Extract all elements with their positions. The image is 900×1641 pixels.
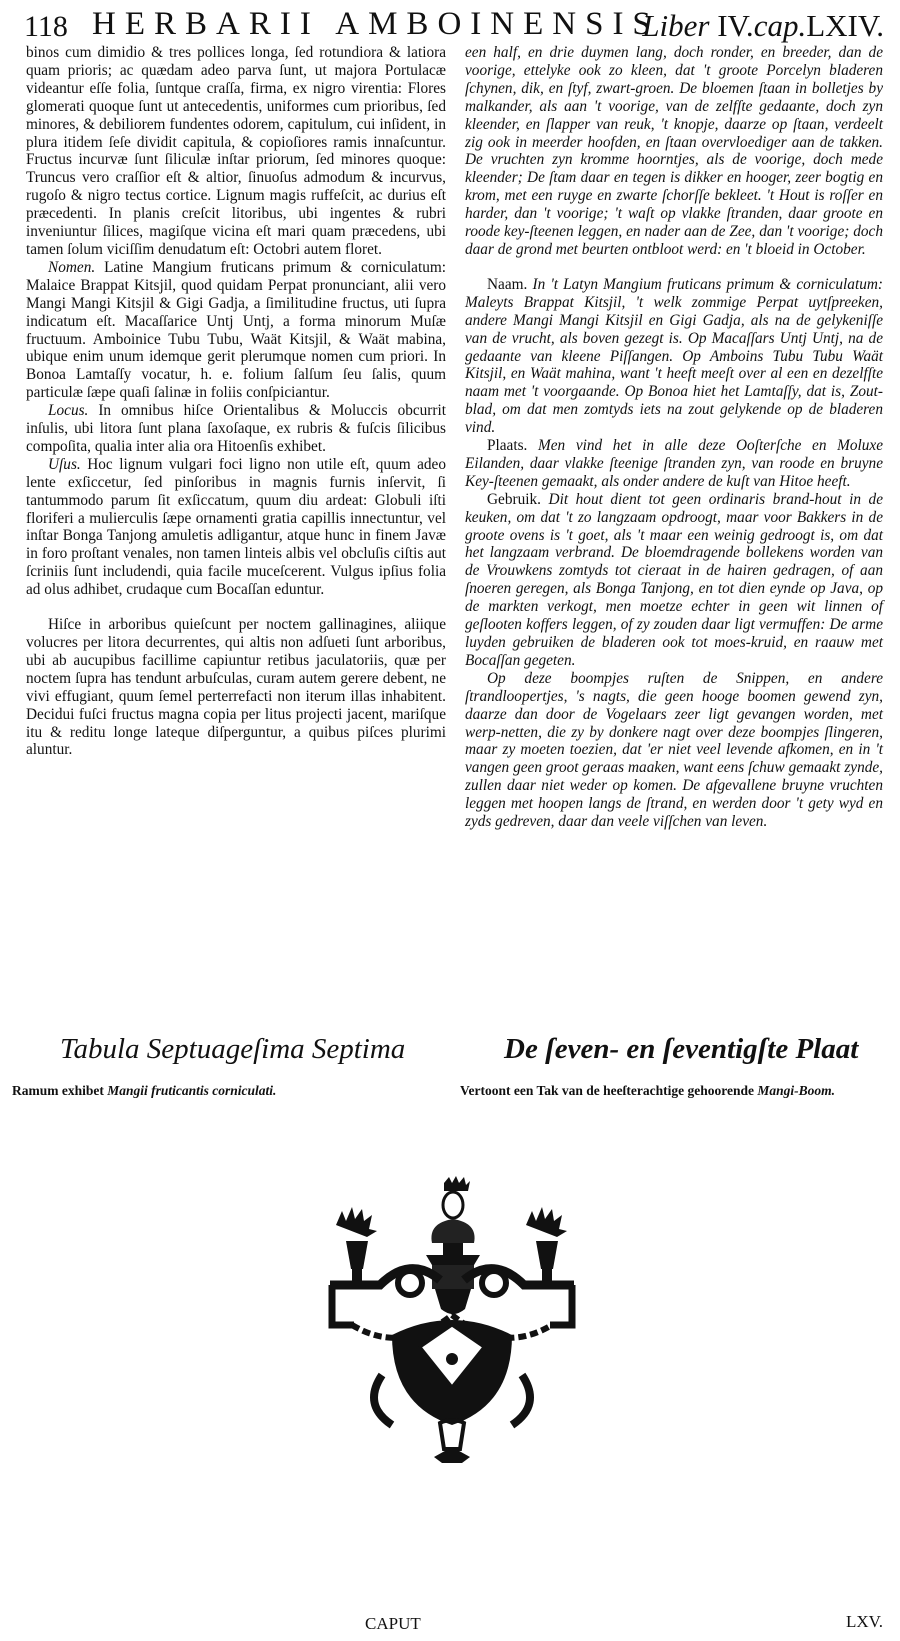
running-header: 118 HERBARII AMBOINENSIS Liber IV.cap.LX… [18,4,888,44]
nomen-text: Latine Mangium fruticans primum & cornic… [26,259,446,401]
latin-caption-text: Ramum exhibet [12,1083,107,1098]
dutch-gebruik-paragraph: Gebruik. Dit hout dient tot geen ordinar… [465,491,883,670]
dutch-birds-paragraph: Op deze boompjes ruſten de Snippen, en a… [465,670,883,831]
gebruik-label: Gebruik. [487,491,541,508]
latin-plate-caption: Ramum exhibet Mangii fruticantis cornicu… [12,1084,432,1098]
plaats-text: Men vind het in alle deze Ooſterſche en … [465,437,883,490]
naam-label: Naam. [487,276,527,293]
catchword-caput: CAPUT [365,1614,421,1634]
dutch-plate-caption: Vertoont een Tak van de heeſterachtige g… [460,1084,880,1098]
cap-number: LXIV. [806,8,884,43]
usus-label: Uſus. [48,456,81,473]
latin-nomen-paragraph: Nomen. Latine Mangium fruticans primum &… [26,259,446,402]
latin-column: binos cum dimidio & tres pollices longa,… [26,44,446,759]
locus-label: Locus. [48,402,88,419]
cap-label: cap. [754,8,807,43]
dutch-caption-text: Vertoont een Tak van de heeſterachtige g… [460,1083,757,1098]
dutch-caption-species: Mangi-Boom. [757,1083,835,1098]
locus-text: In omnibus hiſce Orientalibus & Moluccis… [26,402,446,455]
dutch-naam-paragraph: Naam. In 't Latyn Mangium fruticans prim… [465,276,883,437]
tailpiece-ornament-icon [322,1175,582,1470]
dutch-description-paragraph: een half, en drie duymen lang, doch rond… [465,44,883,259]
running-title: HERBARII AMBOINENSIS [92,6,660,43]
latin-locus-paragraph: Locus. In omnibus hiſce Orientalibus & M… [26,402,446,456]
gebruik-text: Dit hout dient tot geen ordinaris brand-… [465,491,883,669]
chapter-reference: Liber IV.cap.LXIV. [642,8,884,44]
latin-usus-paragraph: Uſus. Hoc lignum vulgari foci ligno non … [26,456,446,599]
dutch-column: een half, en drie duymen lang, doch rond… [465,44,883,831]
latin-plate-title: Tabula Septuageſima Septima [60,1033,405,1066]
liber-number: IV. [717,8,753,43]
nomen-label: Nomen. [48,259,95,276]
page-number: 118 [24,10,68,44]
latin-caption-species: Mangii fruticantis corniculati. [107,1083,276,1098]
dutch-plaats-paragraph: Plaats. Men vind het in alle deze Ooſter… [465,437,883,491]
usus-text: Hoc lignum vulgari foci ligno non utile … [26,456,446,598]
dutch-plate-title: De ſeven- en ſeventigſte Plaat [504,1033,858,1066]
plaats-label: Plaats. [487,437,527,454]
naam-text: In 't Latyn Mangium fruticans primum & c… [465,276,883,436]
latin-birds-paragraph: Hiſce in arboribus quieſcunt per noctem … [26,616,446,759]
latin-description-paragraph: binos cum dimidio & tres pollices longa,… [26,44,446,259]
catchword-chapter: LXV. [846,1612,883,1632]
liber-label: Liber [642,8,709,43]
